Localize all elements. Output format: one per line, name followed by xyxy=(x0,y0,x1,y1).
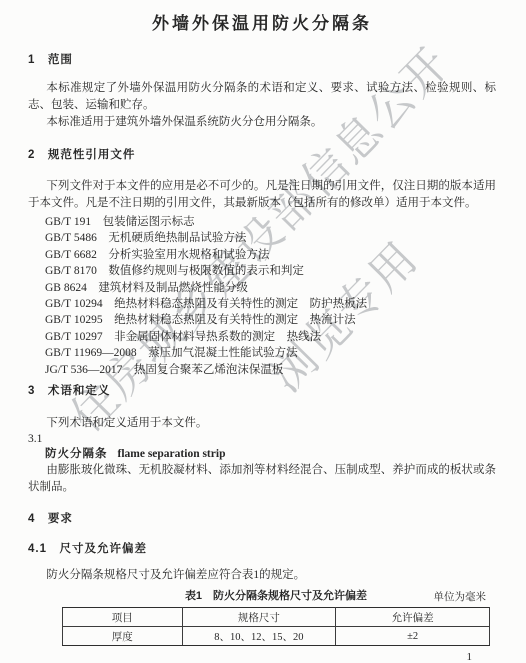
section-3-heading: 3 术语和定义 xyxy=(28,385,496,398)
reference-item: GB/T 10295 绝热材料稳态热阻及有关特性的测定 热流计法 xyxy=(45,312,496,328)
section-4-heading: 4 要求 xyxy=(28,513,496,526)
terms-intro: 下列术语和定义适用于本文件。 xyxy=(28,415,496,432)
table-cell-item: 厚度 xyxy=(63,627,183,646)
table-cell-tolerance: ±2 xyxy=(336,627,490,646)
section-4-1-heading: 4.1 尺寸及允许偏差 xyxy=(28,543,496,556)
term-definition: 由膨胀玻化微珠、无机胶凝材料、添加剂等材料经混合、压制成型、养护而成的板状或条状… xyxy=(28,462,496,496)
reference-item: GB/T 11969—2008 蒸压加气混凝土性能试验方法 xyxy=(45,345,496,361)
reference-item: GB/T 191 包装储运图示标志 xyxy=(45,214,496,230)
reference-item: GB/T 8170 数值修约规则与极限数值的表示和判定 xyxy=(45,263,496,279)
table-header-row: 项目 规格尺寸 允许偏差 xyxy=(63,608,490,627)
section-1-heading: 1 范围 xyxy=(28,54,496,67)
clause-number: 3.1 xyxy=(28,432,496,447)
table-header-item: 规格尺寸 xyxy=(182,608,336,627)
term-english: flame separation strip xyxy=(118,448,226,460)
reference-item: GB/T 10294 绝热材料稳态热阻及有关特性的测定 防护热板法 xyxy=(45,296,496,312)
term-entry: 防火分隔条flame separation strip xyxy=(28,447,496,462)
term-chinese: 防火分隔条 xyxy=(45,448,108,460)
normative-references-list: GB/T 191 包装储运图示标志 GB/T 5486 无机硬质绝热制品试验方法… xyxy=(28,214,496,378)
document-title: 外墙外保温用防火分隔条 xyxy=(28,13,496,35)
page-number: 1 xyxy=(28,651,496,663)
table-cell-spec: 8、10、12、15、20 xyxy=(182,627,336,646)
standard-document-page: 住房城乡建设部信息公开 浏览专用 外墙外保温用防火分隔条 1 范围 本标准规定了… xyxy=(0,0,526,663)
reference-item: GB/T 6682 分析实验室用水规格和试验方法 xyxy=(45,247,496,263)
reference-item: GB/T 5486 无机硬质绝热制品试验方法 xyxy=(45,230,496,246)
section-2-heading: 2 规范性引用文件 xyxy=(28,149,496,162)
table-header-item: 允许偏差 xyxy=(336,608,490,627)
spec-tolerance-table: 项目 规格尺寸 允许偏差 厚度 8、10、12、15、20 ±2 xyxy=(62,607,490,646)
reference-item: JG/T 536—2017 热固复合聚苯乙烯泡沫保温板 xyxy=(45,362,496,378)
scope-paragraph-1: 本标准规定了外墙外保温用防火分隔条的术语和定义、要求、试验方法、检验规则、标志、… xyxy=(28,80,496,114)
table-caption-row: 表1 防火分隔条规格尺寸及允许偏差 单位为毫米 xyxy=(62,590,490,603)
reference-item: GB/T 10297 非金属固体材料导热系数的测定 热线法 xyxy=(45,329,496,345)
dimensions-intro: 防火分隔条规格尺寸及允许偏差应符合表1的规定。 xyxy=(28,567,496,584)
scope-paragraph-2: 本标准适用于建筑外墙外保温系统防火分仓用分隔条。 xyxy=(28,114,496,131)
reference-item: GB 8624 建筑材料及制品燃烧性能分级 xyxy=(45,280,496,296)
normative-references-intro: 下列文件对于本文件的应用是必不可少的。凡是注日期的引用文件，仅注日期的版本适用于… xyxy=(28,178,496,212)
table-unit-note: 单位为毫米 xyxy=(434,591,487,604)
table-row: 厚度 8、10、12、15、20 ±2 xyxy=(63,627,490,646)
table-header-item: 项目 xyxy=(63,608,183,627)
document-content: 外墙外保温用防火分隔条 1 范围 本标准规定了外墙外保温用防火分隔条的术语和定义… xyxy=(28,13,496,663)
table-1-caption: 表1 防火分隔条规格尺寸及允许偏差 xyxy=(185,590,367,602)
